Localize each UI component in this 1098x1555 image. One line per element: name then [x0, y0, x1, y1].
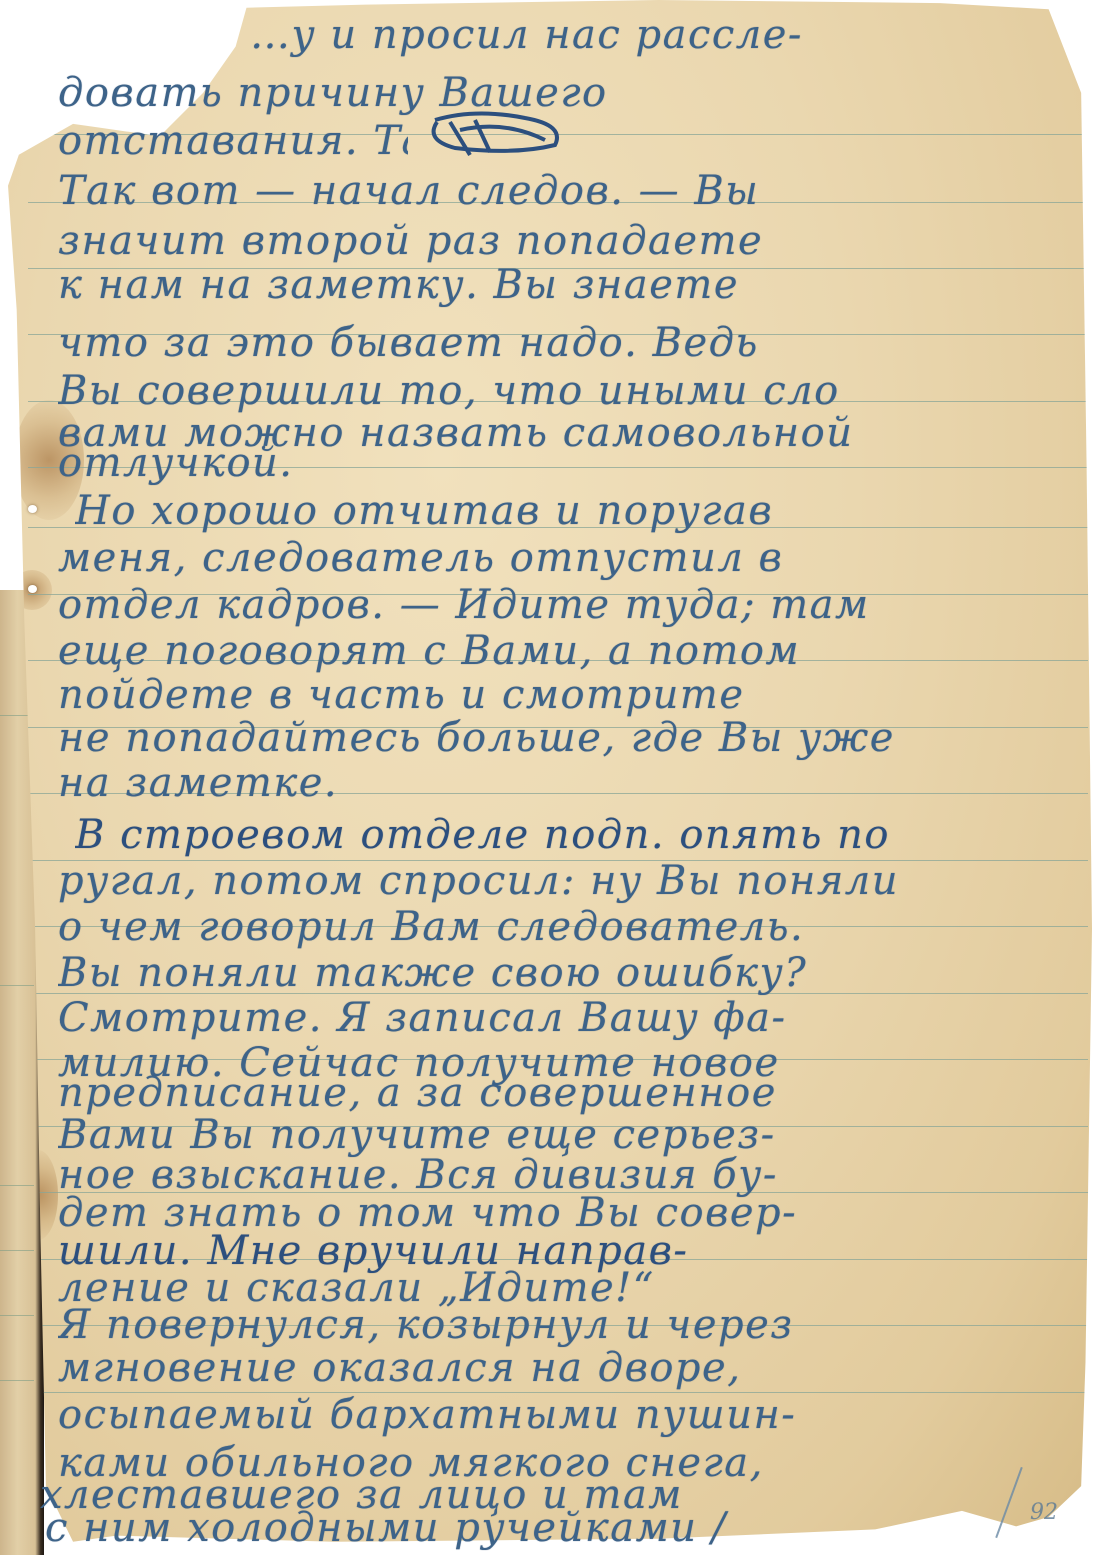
- text-line: Но хорошо отчитав и поругав: [75, 488, 1095, 534]
- text-line: отлучкой.: [58, 440, 1078, 486]
- text-line: осыпаемый бархатными пушин-: [58, 1392, 1078, 1438]
- text-line: что за это бывает надо. Ведь: [58, 320, 1078, 366]
- text-line: Смотрите. Я записал Вашу фа-: [58, 995, 1078, 1041]
- text-line: довать причину Вашего: [58, 70, 1078, 116]
- text-line: предписание, а за совершенное: [58, 1070, 1078, 1116]
- text-line: Вы совершили то, что иными сло: [58, 368, 1078, 414]
- text-line: меня, следователь отпустил в: [58, 535, 1078, 581]
- text-line: Я повернулся, козырнул и через: [58, 1302, 1078, 1348]
- text-line: В строевом отделе подп. опять по: [75, 812, 1095, 858]
- text-line: отставания. Так: [58, 118, 408, 164]
- scanned-page: …у и просил нас рассле- довать причину В…: [0, 0, 1098, 1555]
- text-line: значит второй раз попадаете: [58, 218, 1078, 264]
- text-line: на заметке.: [58, 760, 1078, 806]
- punch-hole: [28, 585, 37, 593]
- text-line: Вы поняли также свою ошибку?: [58, 950, 1078, 996]
- text-line: о чем говорил Вам следователь.: [58, 904, 1078, 950]
- text-line: с ним холодными ручейками /: [45, 1505, 995, 1551]
- page-number: 92: [1030, 1500, 1058, 1525]
- text-line: …у и просил нас рассле-: [250, 12, 1070, 58]
- struck-out-word: [415, 110, 595, 160]
- text-line: отдел кадров. — Идите туда; там: [58, 582, 1078, 628]
- text-line: еще поговорят с Вами, а потом: [58, 628, 1078, 674]
- text-line: к нам на заметку. Вы знаете: [58, 262, 1078, 308]
- text-line: не попадайтесь больше, где Вы уже: [58, 715, 1078, 761]
- punch-hole: [28, 505, 37, 513]
- text-line: ругал, потом спросил: ну Вы поняли: [58, 858, 1078, 904]
- text-line: мгновение оказался на дворе,: [58, 1345, 1078, 1391]
- text-line: пойдете в часть и смотрите: [58, 672, 1078, 718]
- text-line: Так вот — начал следов. — Вы: [58, 168, 1078, 214]
